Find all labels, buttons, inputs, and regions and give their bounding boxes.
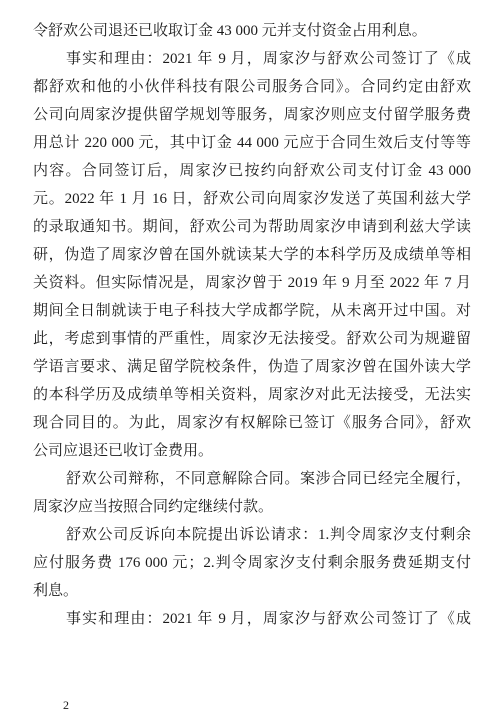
text-line: 此，考虑到事情的严重性，周家汐无法接受。舒欢公司为规避留	[33, 325, 471, 353]
text-line: 都舒欢和他的小伙伴科技有限公司服务合同》。合同约定由舒欢	[33, 73, 471, 101]
text-line: 元。2022 年 1 月 16 日，舒欢公司向周家汐发送了英国利兹大学	[33, 185, 471, 213]
text-line: 学语言要求、满足留学院校条件，伪造了周家汐曾在国外读大学	[33, 353, 471, 381]
text-line: 的本科学历及成绩单等相关资料，周家汐对此无法接受，无法实	[33, 381, 471, 409]
document-text-block: 令舒欢公司退还已收取订金 43 000 元并支付资金占用利息。 事实和理由：20…	[33, 17, 471, 633]
text-line: 现合同目的。为此，周家汐有权解除已签订《服务合同》，舒欢	[33, 409, 471, 437]
text-line: 公司向周家汐提供留学规划等服务，周家汐则应支付留学服务费	[33, 101, 471, 129]
text-line: 应付服务费 176 000 元；2.判令周家汐支付剩余服务费延期支付	[33, 549, 471, 577]
text-line: 期间全日制就读于电子科技大学成都学院，从未离开过中国。对	[33, 297, 471, 325]
text-line: 周家汐应当按照合同约定继续付款。	[33, 493, 471, 521]
text-line: 公司应退还已收订金费用。	[33, 437, 471, 465]
text-line: 研，伪造了周家汐曾在国外就读某大学的本科学历及成绩单等相	[33, 241, 471, 269]
text-line: 的录取通知书。期间，舒欢公司为帮助周家汐申请到利兹大学读	[33, 213, 471, 241]
text-line: 事实和理由：2021 年 9 月，周家汐与舒欢公司签订了《成	[33, 605, 471, 633]
text-line: 用总计 220 000 元，其中订金 44 000 元应于合同生效后支付等等	[33, 129, 471, 157]
page-number: 2	[63, 697, 69, 713]
text-line: 内容。合同签订后，周家汐已按约向舒欢公司支付订金 43 000	[33, 157, 471, 185]
text-line: 舒欢公司反诉向本院提出诉讼请求：1.判令周家汐支付剩余	[33, 521, 471, 549]
text-line: 舒欢公司辩称，不同意解除合同。案涉合同已经完全履行，	[33, 465, 471, 493]
text-line: 事实和理由：2021 年 9 月，周家汐与舒欢公司签订了《成	[33, 45, 471, 73]
text-line: 关资料。但实际情况是，周家汐曾于 2019 年 9 月至 2022 年 7 月	[33, 269, 471, 297]
text-line: 利息。	[33, 577, 471, 605]
text-line: 令舒欢公司退还已收取订金 43 000 元并支付资金占用利息。	[33, 17, 471, 45]
